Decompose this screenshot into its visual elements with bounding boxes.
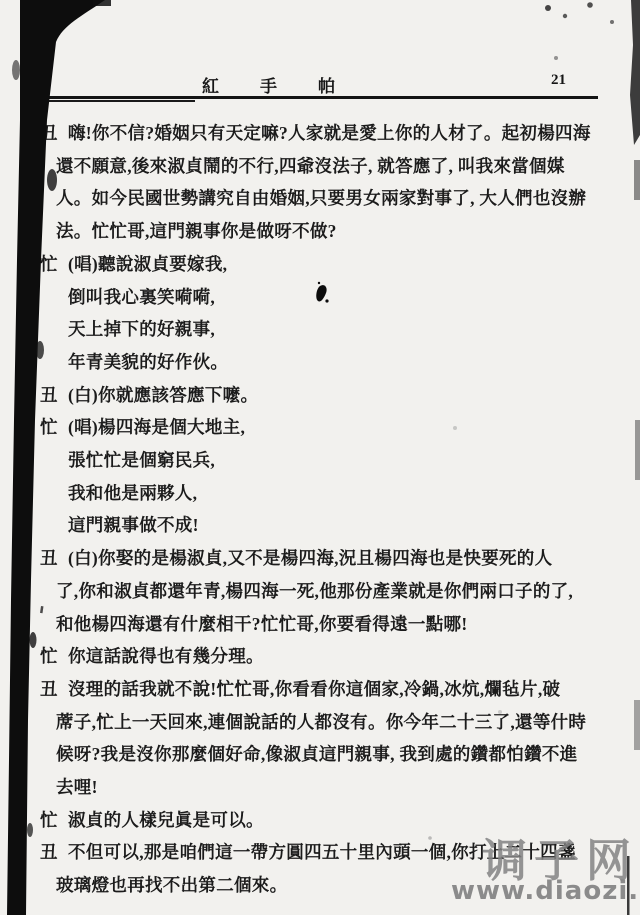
dialogue-text: 這門親事做不成! bbox=[68, 512, 199, 537]
dialogue-line: 候呀?我是沒你那麼個好命,像淑貞這門親事, 我到處的鑽都怕鑽不進 bbox=[0, 741, 640, 774]
dialogue-line: 年青美貌的好作伙。 bbox=[0, 349, 640, 382]
dialogue-text: 淑貞的人樣兒眞是可以。 bbox=[68, 807, 264, 832]
dialogue-text: 嗨!你不信?婚姻只有天定嘛?人家就是愛上你的人材了。起初楊四海 bbox=[68, 120, 591, 145]
dialogue-text: 沒理的話我就不說!忙忙哥,你看看你這個家,冷鍋,冰炕,爛毡片,破 bbox=[68, 676, 560, 701]
dialogue-text: 人。如今民國世勢講究自由婚姻,只要男女兩家對事了, 大人們也沒辦 bbox=[56, 185, 586, 210]
dialogue-text: 我和他是兩夥人, bbox=[68, 480, 197, 505]
watermark-site-url: www.diaozi.com bbox=[451, 876, 640, 906]
dialogue-text: (白)你娶的是楊淑貞,又不是楊四海,況且楊四海也是快要死的人 bbox=[68, 545, 552, 570]
dialogue-text: 去哩! bbox=[56, 774, 98, 799]
dialogue-line: 丑 嗨!你不信?婚姻只有天定嘛?人家就是愛上你的人材了。起初楊四海 bbox=[0, 120, 640, 153]
dialogue-text: 倒叫我心裏笑嗬嗬, bbox=[68, 284, 215, 309]
dialogue-line: 天上掉下的好親事, bbox=[0, 316, 640, 349]
dialogue-text: 蓆子,忙上一天回來,連個說話的人都沒有。你今年二十三了,還等什時 bbox=[56, 709, 586, 734]
dialogue-text: 法。忙忙哥,這門親事你是做呀不做? bbox=[56, 218, 337, 243]
dialogue-line: 人。如今民國世勢講究自由婚姻,只要男女兩家對事了, 大人們也沒辦 bbox=[0, 185, 640, 218]
dialogue-text: (唱)楊四海是個大地主, bbox=[68, 414, 245, 439]
page-number: 21 bbox=[551, 72, 566, 89]
dialogue-line: 我和他是兩夥人, bbox=[0, 480, 640, 513]
speaker-label: 丑 bbox=[40, 676, 58, 701]
dialogue-line: 了,你和淑貞都還年青,楊四海一死,他那份產業就是你們兩口子的了, bbox=[0, 578, 640, 611]
dialogue-line: 丑 沒理的話我就不說!忙忙哥,你看看你這個家,冷鍋,冰炕,爛毡片,破 bbox=[0, 676, 640, 709]
dialogue-text: 年青美貌的好作伙。 bbox=[68, 349, 228, 374]
page-title: 紅手帕 bbox=[202, 72, 376, 97]
dialogue-text: 玻璃燈也再找不出第二個來。 bbox=[56, 872, 287, 897]
dialogue-line: 還不願意,後來淑貞鬧的不行,四爺沒法子, 就答應了, 叫我來當個媒 bbox=[0, 153, 640, 186]
dialogue-line: 去哩! bbox=[0, 774, 640, 807]
dialogue-line: 和他楊四海還有什麼相干?忙忙哥,你要看得遠一點哪! bbox=[0, 611, 640, 644]
dialogue-line: 忙 你這話說得也有幾分理。 bbox=[0, 643, 640, 676]
dialogue-text: 天上掉下的好親事, bbox=[68, 316, 215, 341]
speaker-label: 忙 bbox=[40, 807, 58, 832]
dialogue-text: 張忙忙是個窮民兵, bbox=[68, 447, 215, 472]
speaker-label: 忙 bbox=[40, 643, 58, 668]
speaker-label: 丑 bbox=[40, 120, 58, 145]
dialogue-text: (唱)聽說淑貞要嫁我, bbox=[68, 251, 227, 276]
dialogue-text: (白)你就應該答應下嚒。 bbox=[68, 382, 258, 407]
dialogue-text: 和他楊四海還有什麼相干?忙忙哥,你要看得遠一點哪! bbox=[56, 611, 467, 636]
dialogue-line: 蓆子,忙上一天回來,連個說話的人都沒有。你今年二十三了,還等什時 bbox=[0, 709, 640, 742]
dialogue-line: 丑 (白)你娶的是楊淑貞,又不是楊四海,況且楊四海也是快要死的人 bbox=[0, 545, 640, 578]
header-divider-stub bbox=[45, 100, 195, 102]
dialogue-text: 候呀?我是沒你那麼個好命,像淑貞這門親事, 我到處的鑽都怕鑽不進 bbox=[56, 741, 577, 766]
header-divider bbox=[45, 96, 598, 99]
speaker-label: 丑 bbox=[40, 545, 58, 570]
dialogue-text: 你這話說得也有幾分理。 bbox=[68, 643, 264, 668]
dialogue-line: 倒叫我心裏笑嗬嗬, bbox=[0, 284, 640, 317]
speaker-label: 丑 bbox=[40, 839, 58, 864]
speaker-label: 忙 bbox=[40, 251, 58, 276]
dialogue-line: 丑 (白)你就應該答應下嚒。 bbox=[0, 382, 640, 415]
scanned-book-page: 紅手帕 21 丑 嗨!你不信?婚姻只有天定嘛?人家就是愛上你的人材了。起初楊四海… bbox=[0, 0, 640, 915]
dialogue-line: 忙 (唱)聽說淑貞要嫁我, bbox=[0, 251, 640, 284]
dialogue-line: 法。忙忙哥,這門親事你是做呀不做? bbox=[0, 218, 640, 251]
speaker-label: 忙 bbox=[40, 414, 58, 439]
speaker-label: 丑 bbox=[40, 382, 58, 407]
dialogue-text: 還不願意,後來淑貞鬧的不行,四爺沒法子, 就答應了, 叫我來當個媒 bbox=[56, 153, 565, 178]
dialogue-line: 忙 (唱)楊四海是個大地主, bbox=[0, 414, 640, 447]
dialogue-text: 了,你和淑貞都還年青,楊四海一死,他那份產業就是你們兩口子的了, bbox=[56, 578, 573, 603]
dialogue-line: 張忙忙是個窮民兵, bbox=[0, 447, 640, 480]
top-edge-speck bbox=[93, 0, 111, 6]
dialogue-line: 這門親事做不成! bbox=[0, 512, 640, 545]
